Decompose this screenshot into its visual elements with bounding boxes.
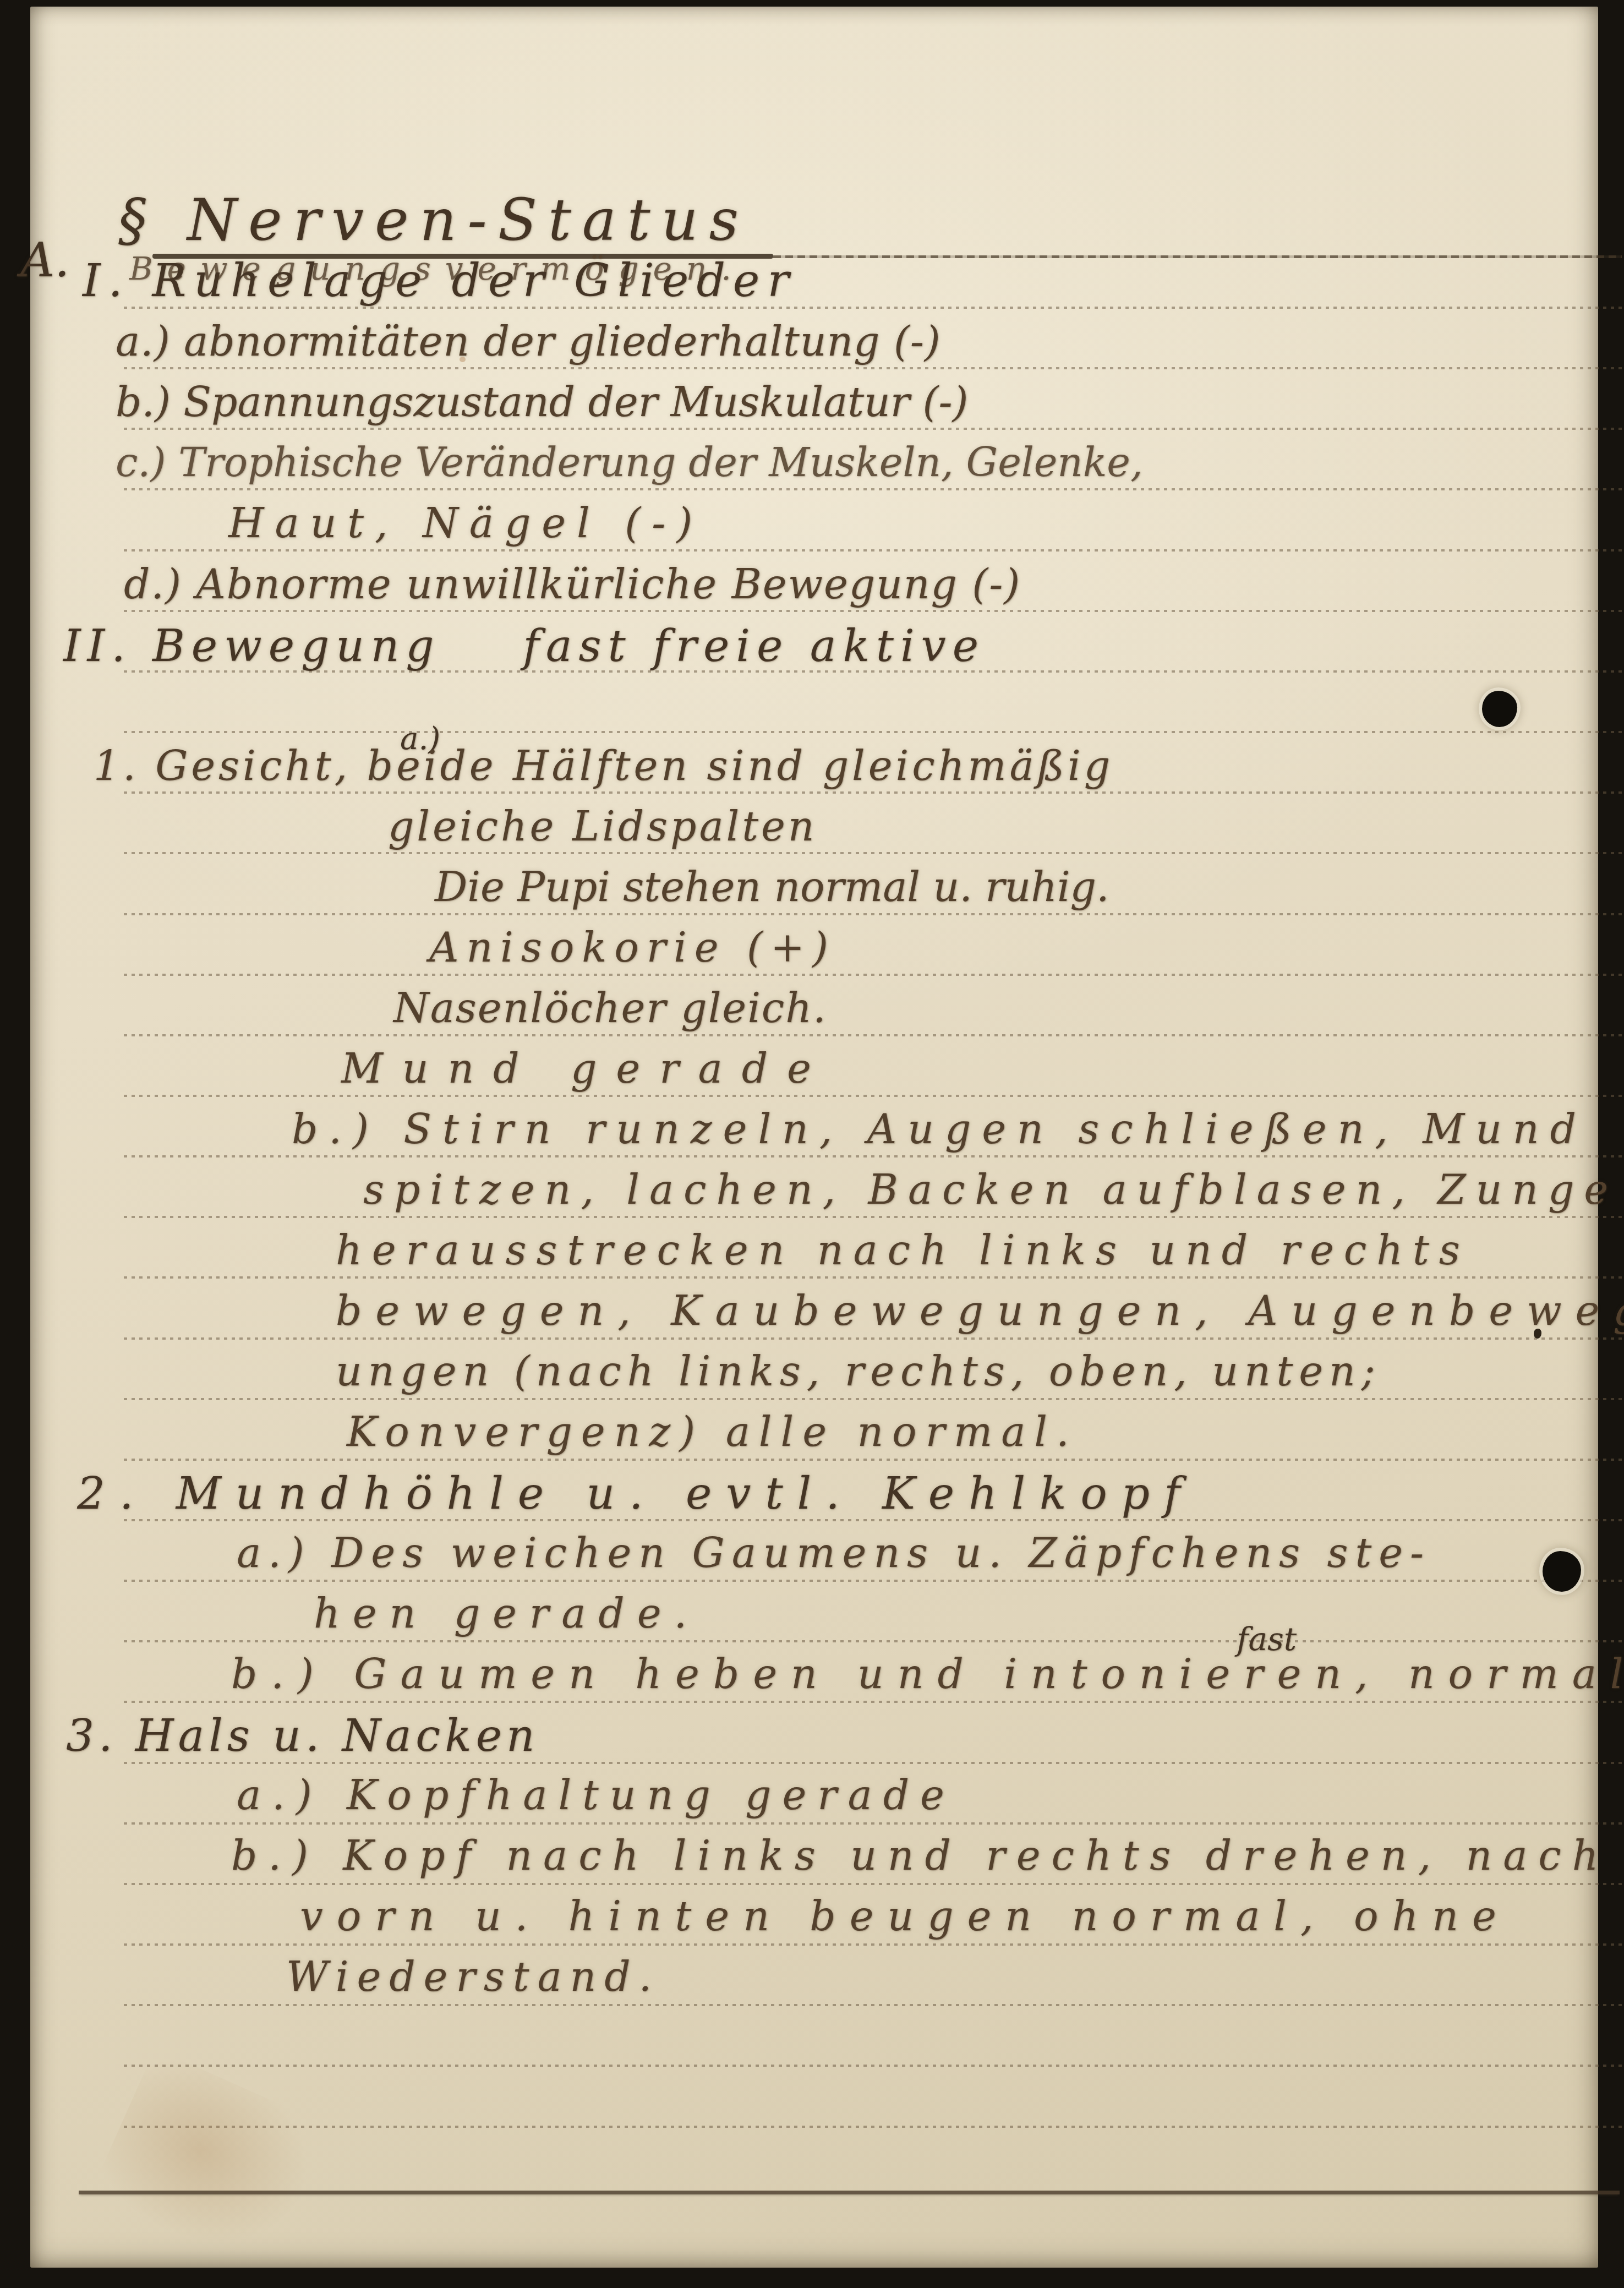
ruled-line [124,549,1622,551]
handwritten-line: Die Pupi stehen normal u. ruhig. [435,862,1109,913]
handwritten-line: Konvergenz) alle normal. [347,1407,1078,1458]
page-title: § Nerven-Status [118,184,750,256]
document-page: § Nerven-Status A. Bewegungsvermögen. a.… [30,7,1598,2268]
handwritten-line: Anisokorie (+) [429,922,836,974]
punch-hole [1543,1551,1581,1592]
handwritten-line: Haut, Nägel (-) [228,498,703,549]
ruled-line [124,2004,1622,2006]
handwritten-line: b.) Spannungszustand der Muskulatur (-) [116,377,968,428]
ruled-line [124,1822,1622,1825]
title-underline-extension [773,255,1622,258]
punch-hole [1482,691,1517,727]
ruled-line [124,1276,1622,1279]
ruled-line [124,1216,1622,1218]
ruled-line [124,1337,1622,1340]
ruled-line [124,791,1622,794]
ruled-line [124,1883,1622,1885]
ruled-line [124,974,1622,976]
ruled-line [124,1701,1622,1703]
handwritten-line: c.) Trophische Veränderung der Muskeln, … [116,438,1143,487]
handwritten-line: 3. Hals u. Nacken [66,1708,539,1763]
ruled-line [124,852,1622,854]
ruled-line [124,913,1622,915]
ruled-line [124,1095,1622,1097]
handwritten-line: 1. Gesicht, beide Hälften sind gleichmäß… [94,741,1113,792]
ruled-line [124,2126,1622,2128]
ruled-line [124,428,1622,430]
handwritten-line: b.) Kopf nach links und rechts drehen, n… [231,1831,1609,1882]
handwritten-line: b.) Stirn runzeln, Augen schließen, Mund [292,1104,1587,1155]
handwritten-line: d.) Abnorme unwillkürliche Bewegung (-) [124,559,1021,610]
handwritten-line: vorn u. hinten beugen normal, ohne [300,1891,1510,1942]
ruled-line [124,1398,1622,1400]
handwritten-line: Mund gerade [341,1044,830,1095]
handwritten-line: hen gerade. [314,1588,699,1640]
handwritten-line: II. Bewegung fast freie aktive [63,619,985,674]
handwritten-line: 2. Mundhöhle u. evtl. Kehlkopf [77,1466,1195,1521]
ruled-line [124,1640,1622,1642]
handwritten-line: gleiche Lidspalten [388,801,817,853]
handwritten-line: a.) abnormitäten der gliederhaltung (-) [116,316,941,368]
ruled-line [124,1459,1622,1461]
ruled-line [124,731,1622,733]
ruled-line [124,1155,1622,1157]
ruled-line [124,367,1622,369]
ruled-line [124,610,1622,612]
handwritten-line: herausstrecken nach links und rechts [336,1225,1470,1276]
bottom-heavy-rule [79,2191,1620,2194]
ruled-line [124,2065,1622,2067]
handwritten-line: a.) Kopfhaltung gerade [237,1770,955,1821]
handwritten-line: I. Ruhelage der Glieder [83,253,797,310]
scanned-document-background: { "doc": { "title": "§ Nerven-Status", "… [0,0,1624,2288]
ruled-line [124,1034,1622,1036]
handwritten-line: b.) Gaumen heben und intonieren, normal. [231,1649,1624,1700]
paper-stain [88,2049,336,2280]
handwritten-line: Nasenlöcher gleich. [393,983,827,1034]
handwritten-line: ungen (nach links, rechts, oben, unten; [336,1346,1381,1397]
ruled-line [124,488,1622,490]
handwritten-line: a.) Des weichen Gaumens u. Zäpfchens ste… [237,1528,1431,1579]
ruled-line [124,1580,1622,1582]
ruled-line [124,1943,1622,1946]
handwritten-line: spitzen, lachen, Backen aufblasen, Zunge [363,1165,1618,1216]
handwritten-line: Wiederstand. [286,1952,660,2003]
handwritten-line: bewegen, Kaubewegungen, Augenbeweg- [336,1286,1624,1337]
marginal-label-a: A. [20,231,69,291]
